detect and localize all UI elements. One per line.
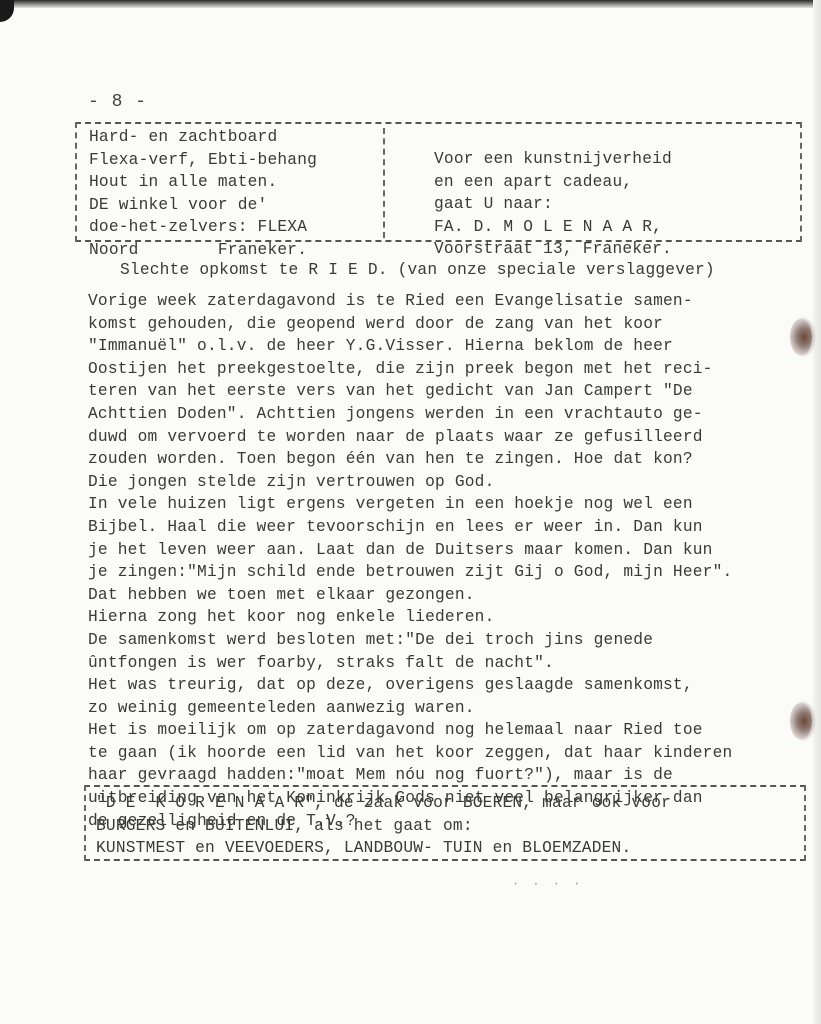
article-line: te gaan (ik hoorde een lid van het koor …	[88, 742, 732, 765]
ad-divider	[383, 128, 385, 238]
ad-line: KUNSTMEST en VEEVOEDERS, LANDBOUW- TUIN …	[96, 837, 671, 860]
ad-line: Voorstraat 13, Franeker.	[434, 238, 672, 261]
article-line: komst gehouden, die geopend werd door de…	[88, 313, 732, 336]
article-line: Het is moeilijk om op zaterdagavond nog …	[88, 719, 732, 742]
scan-top-edge	[0, 0, 821, 8]
ad-line: BURGERS en BUITENLUI, als het gaat om:	[96, 815, 671, 838]
advertisement-box-top: Hard- en zachtboard Flexa-verf, Ebti-beh…	[75, 122, 802, 242]
advertisement-flexa: Hard- en zachtboard Flexa-verf, Ebti-beh…	[89, 126, 317, 262]
ad-line: Hout in alle maten.	[89, 171, 317, 194]
page-number: - 8 -	[88, 92, 147, 112]
article-line: duwd om vervoerd te worden naar de plaat…	[88, 426, 732, 449]
article-body: Vorige week zaterdagavond is te Ried een…	[88, 290, 732, 832]
ad-line: "D E K O R E N A A R", de zaak voor BOER…	[96, 792, 671, 815]
scan-right-edge	[813, 0, 821, 1024]
article-line: zo weinig gemeenteleden aanwezig waren.	[88, 697, 732, 720]
ad-line: doe-het-zelvers: FLEXA	[89, 216, 317, 239]
ad-line: gaat U naar:	[434, 193, 672, 216]
ad-line: Voor een kunstnijverheid	[434, 148, 672, 171]
punch-hole-icon	[790, 319, 812, 355]
article-line: je zingen:"Mijn schild ende betrouwen zi…	[88, 561, 732, 584]
ad-line: en een apart cadeau,	[434, 171, 672, 194]
ad-line: DE winkel voor de'	[89, 194, 317, 217]
ad-line: Hard- en zachtboard	[89, 126, 317, 149]
ad-line: Flexa-verf, Ebti-behang	[89, 149, 317, 172]
article-title: Slechte opkomst te R I E D. (van onze sp…	[120, 259, 715, 282]
advertisement-molenaar: Voor een kunstnijverheid en een apart ca…	[434, 148, 672, 261]
article-line: Bijbel. Haal die weer tevoorschijn en le…	[88, 516, 732, 539]
article-line: Die jongen stelde zijn vertrouwen op God…	[88, 471, 732, 494]
article-line: haar gevraagd hadden:"moat Mem nóu nog f…	[88, 764, 732, 787]
article-line: Oostijen het preekgestoelte, die zijn pr…	[88, 358, 732, 381]
article-line: "Immanuël" o.l.v. de heer Y.G.Visser. Hi…	[88, 335, 732, 358]
article-line: zouden worden. Toen begon één van hen te…	[88, 448, 732, 471]
advertisement-box-korenaar: "D E K O R E N A A R", de zaak voor BOER…	[84, 785, 806, 861]
article-line: ûntfongen is wer foarby, straks falt de …	[88, 652, 732, 675]
punch-hole-icon	[790, 703, 812, 739]
article-line: je het leven weer aan. Laat dan de Duits…	[88, 539, 732, 562]
article-line: De samenkomst werd besloten met:"De dei …	[88, 629, 732, 652]
article-line: Vorige week zaterdagavond is te Ried een…	[88, 290, 732, 313]
ad-line: FA. D. M O L E N A A R,	[434, 216, 672, 239]
article-line: Hierna zong het koor nog enkele liederen…	[88, 606, 732, 629]
article-line: Het was treurig, dat op deze, overigens …	[88, 674, 732, 697]
article-line: Dat hebben we toen met elkaar gezongen.	[88, 584, 732, 607]
article-line: In vele huizen ligt ergens vergeten in e…	[88, 493, 732, 516]
article-line: Achttien Doden". Achttien jongens werden…	[88, 403, 732, 426]
article-line: teren van het eerste vers van het gedich…	[88, 380, 732, 403]
paper-speckle: · · · ·	[512, 877, 583, 891]
